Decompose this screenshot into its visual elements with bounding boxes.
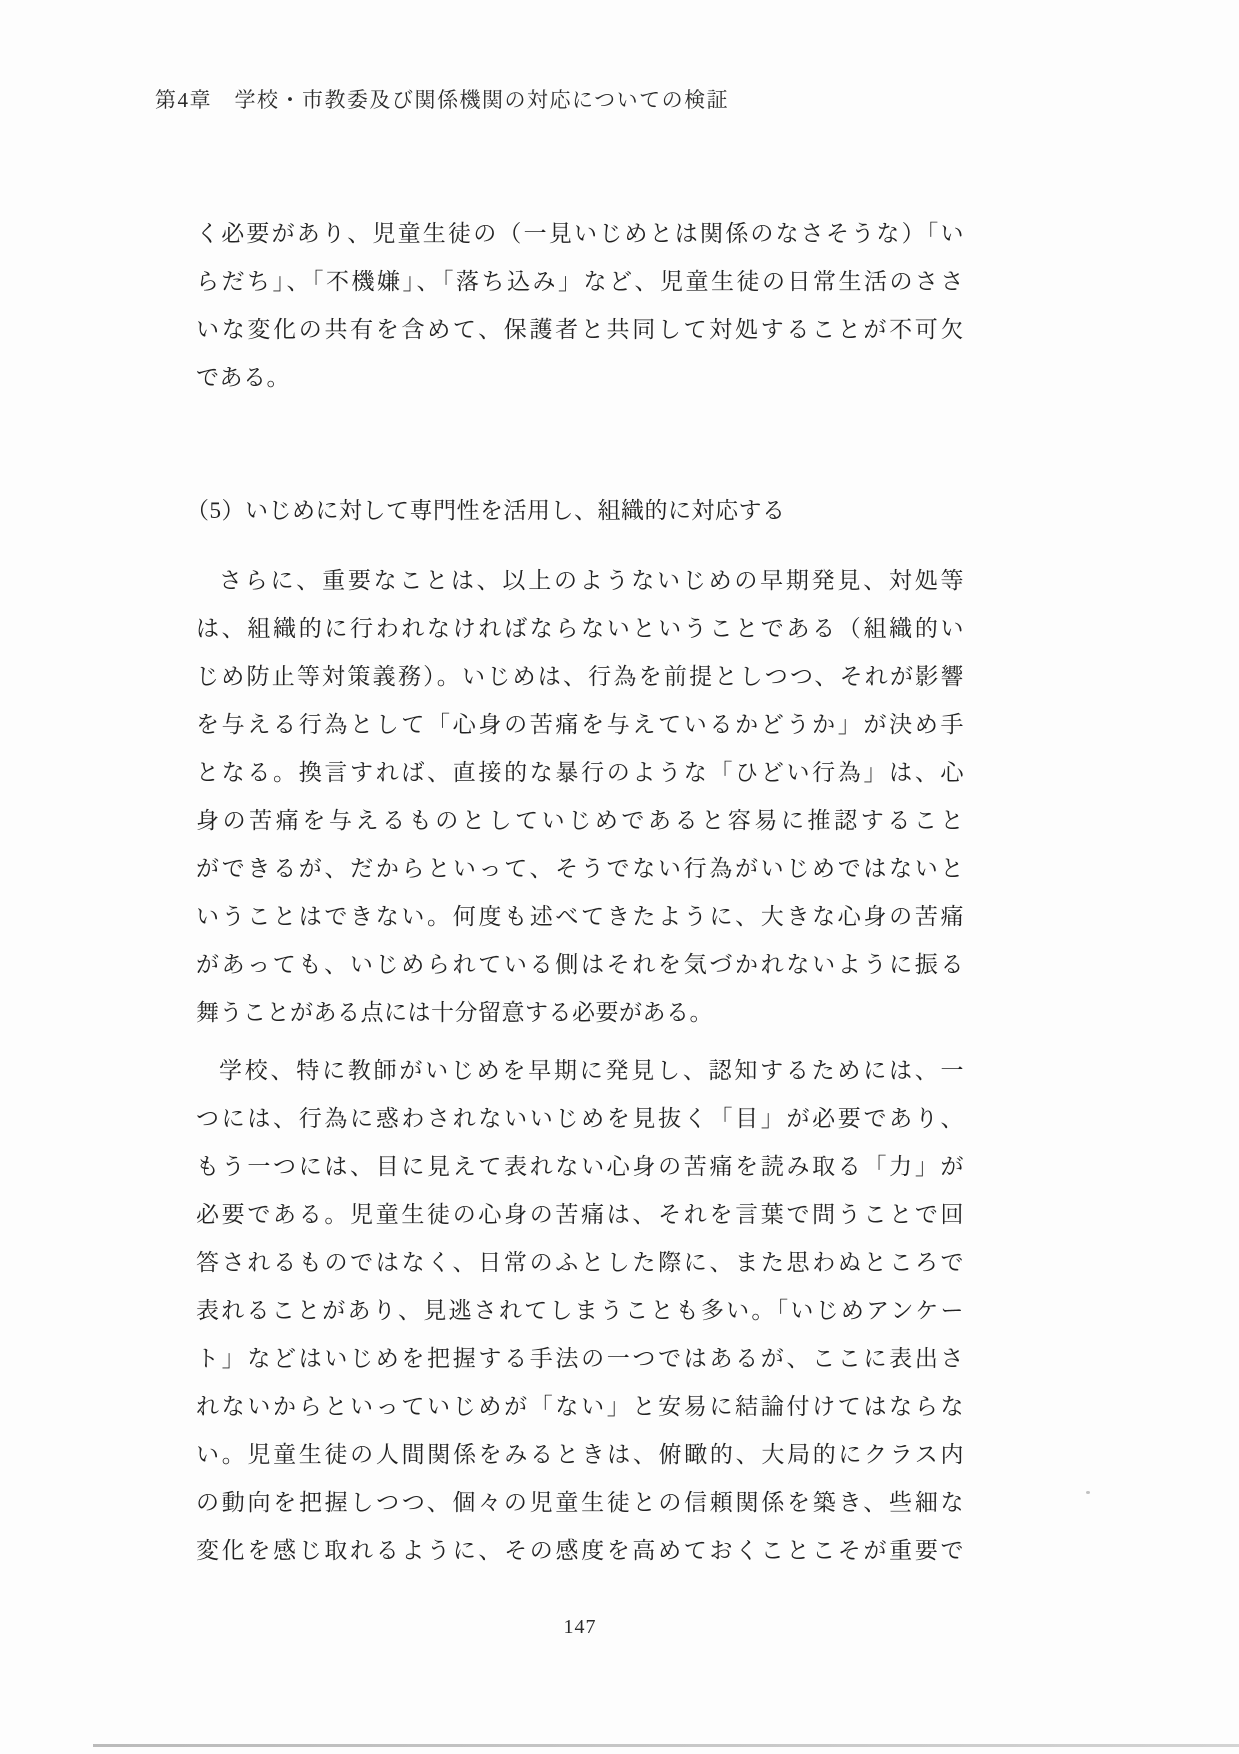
body-line: 舞うことがある点には十分留意する必要がある。 (196, 989, 964, 1037)
body-line: となる。換言すれば、直接的な暴行のような「ひどい行為」は、心 (196, 749, 964, 797)
body-line: 変化を感じ取れるように、その感度を高めておくことこそが重要で (196, 1527, 964, 1575)
body-line: ができるが、だからといって、そうでない行為がいじめではないと (196, 845, 964, 893)
document-page: 第4章 学校・市教委及び関係機関の対応についての検証 く必要があり、児童生徒の（… (0, 0, 1239, 1754)
scan-artifact-edge-line (93, 1744, 1239, 1747)
body-line: く必要があり、児童生徒の（一見いじめとは関係のなさそうな）「い (196, 210, 964, 258)
body-line: 身の苦痛を与えるものとしていじめであると容易に推認すること (196, 797, 964, 845)
body-line: 学校、特に教師がいじめを早期に発見し、認知するためには、一 (196, 1047, 964, 1095)
section-5-paragraph-2: 学校、特に教師がいじめを早期に発見し、認知するためには、一 つには、行為に惑わさ… (196, 1047, 964, 1575)
section-5-heading: （5）いじめに対して専門性を活用し、組織的に対応する (186, 487, 964, 535)
body-line: ト」などはいじめを把握する手法の一つではあるが、ここに表出さ (196, 1335, 964, 1383)
body-line: さらに、重要なことは、以上のようないじめの早期発見、対処等 (196, 557, 964, 605)
body-line: 必要である。児童生徒の心身の苦痛は、それを言葉で問うことで回 (196, 1191, 964, 1239)
body-line: の動向を把握しつつ、個々の児童生徒との信頼関係を築き、些細な (196, 1479, 964, 1527)
body-line: 答されるものではなく、日常のふとした際に、また思わぬところで (196, 1239, 964, 1287)
body-line: じめ防止等対策義務）。いじめは、行為を前提としつつ、それが影響 (196, 653, 964, 701)
body-line: れないからといっていじめが「ない」と安易に結論付けてはならな (196, 1383, 964, 1431)
scan-artifact-speck (1086, 1491, 1090, 1494)
chapter-header: 第4章 学校・市教委及び関係機関の対応についての検証 (155, 84, 729, 114)
body-line: があっても、いじめられている側はそれを気づかれないように振る (196, 941, 964, 989)
body-line: いうことはできない。何度も述べてきたように、大きな心身の苦痛 (196, 893, 964, 941)
body-line: らだち」、「不機嫌」、「落ち込み」など、児童生徒の日常生活のささ (196, 258, 964, 306)
body-line: い。児童生徒の人間関係をみるときは、俯瞰的、大局的にクラス内 (196, 1431, 964, 1479)
body-line: もう一つには、目に見えて表れない心身の苦痛を読み取る「力」が (196, 1143, 964, 1191)
body-line: つには、行為に惑わされないいじめを見抜く「目」が必要であり、 (196, 1095, 964, 1143)
section-5-paragraph-1: さらに、重要なことは、以上のようないじめの早期発見、対処等 は、組織的に行われな… (196, 557, 964, 1037)
page-content: く必要があり、児童生徒の（一見いじめとは関係のなさそうな）「い らだち」、「不機… (196, 210, 964, 1575)
paragraph-continuation: く必要があり、児童生徒の（一見いじめとは関係のなさそうな）「い らだち」、「不機… (196, 210, 964, 402)
body-line: である。 (196, 354, 964, 402)
body-line: いな変化の共有を含めて、保護者と共同して対処することが不可欠 (196, 306, 964, 354)
page-number: 147 (196, 1616, 964, 1639)
body-line: を与える行為として「心身の苦痛を与えているかどうか」が決め手 (196, 701, 964, 749)
body-line: は、組織的に行われなければならないということである（組織的い (196, 605, 964, 653)
body-line: 表れることがあり、見逃されてしまうことも多い。「いじめアンケー (196, 1287, 964, 1335)
